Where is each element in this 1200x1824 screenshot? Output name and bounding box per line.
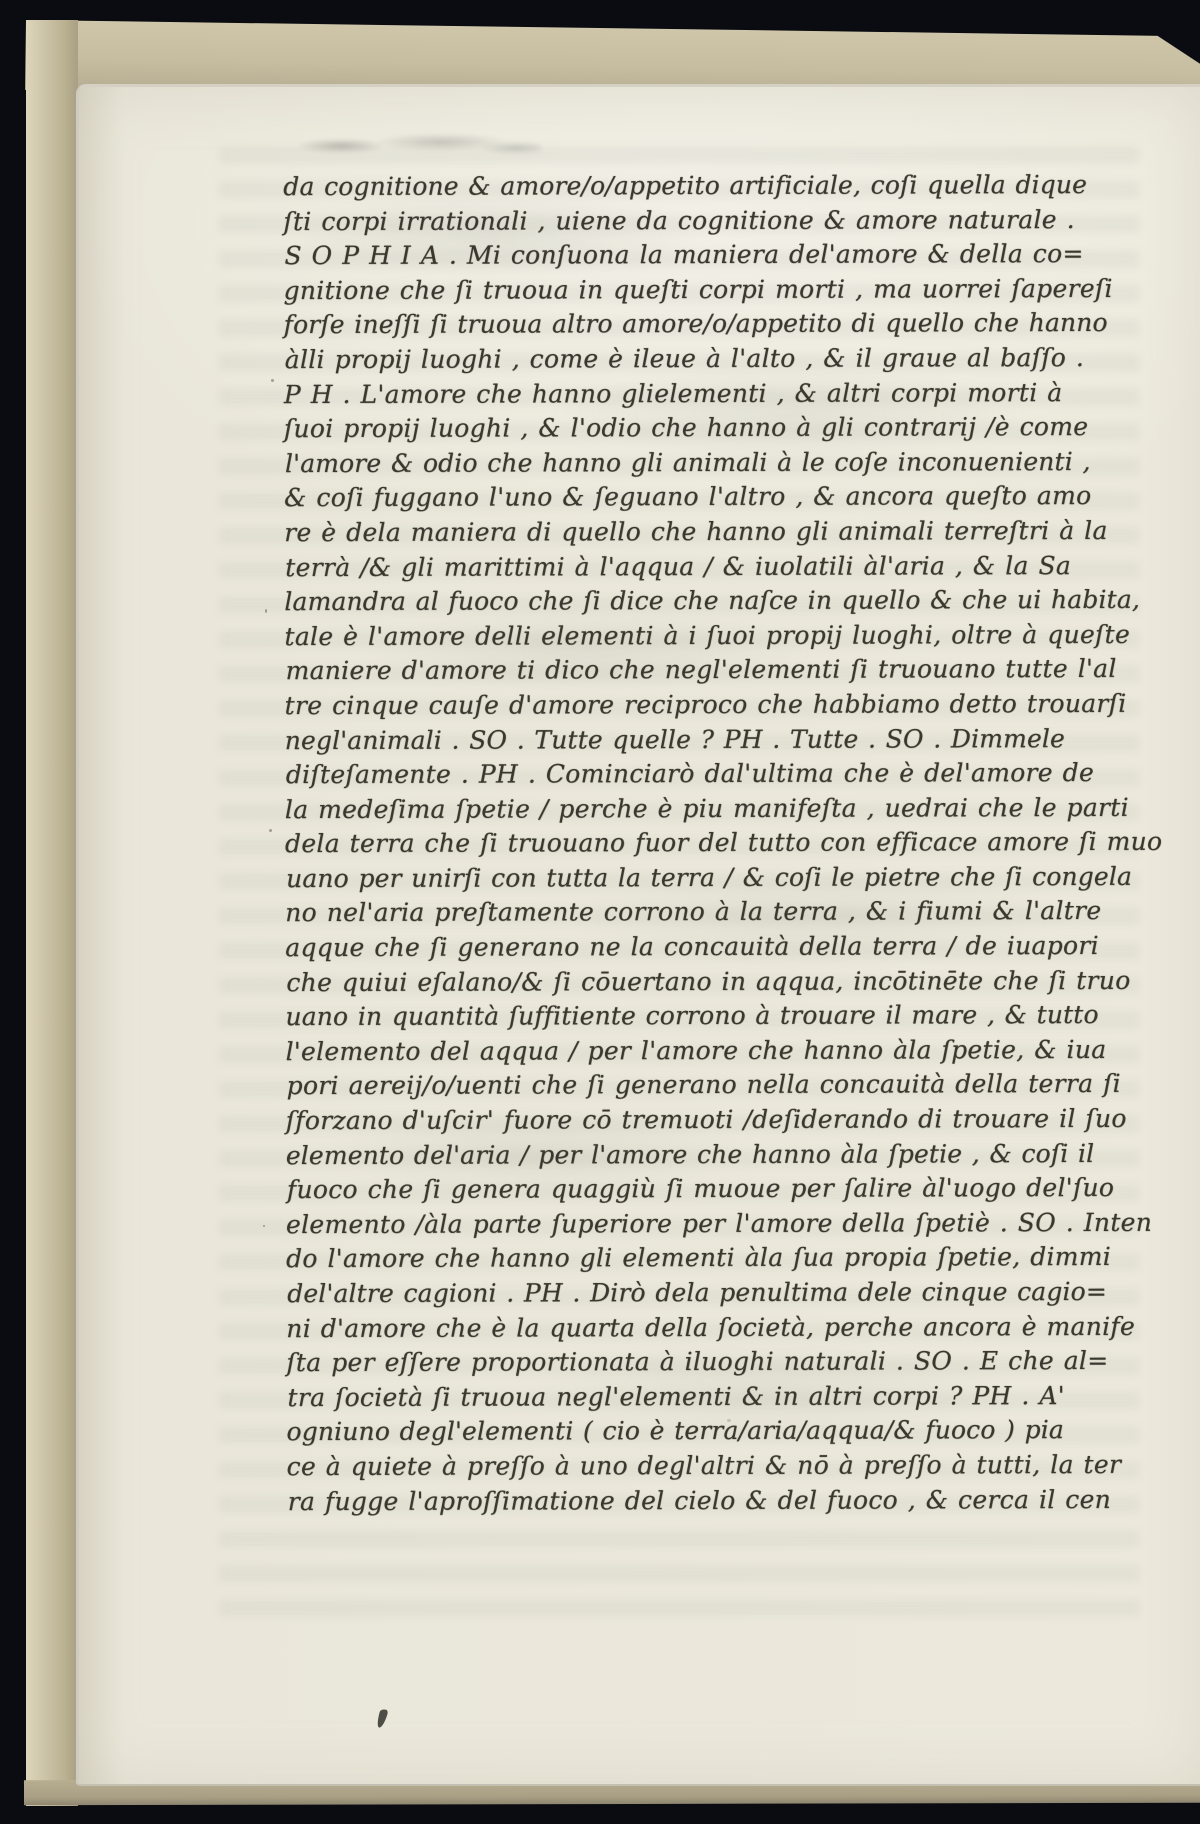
- text-line: re è dela maniera di quello che hanno gl…: [284, 514, 1114, 551]
- ink-blot: [376, 1708, 389, 1728]
- text-line: ſuoi propij luoghi , & l'odio che hanno …: [284, 410, 1114, 447]
- text-line: l'elemento del aqqua / per l'amore che h…: [285, 1033, 1115, 1070]
- text-line: negl'animali . SO . Tutte quelle ? PH . …: [285, 721, 1115, 758]
- text-line: elemento del'aria / per l'amore che hann…: [286, 1137, 1116, 1174]
- ink-speck: [265, 609, 267, 613]
- text-line: tra ſocietà ſi truoua negl'elementi & in…: [287, 1379, 1117, 1416]
- text-line: no nel'aria preſtamente corrono à la ter…: [285, 894, 1115, 931]
- text-line: tre cinque cauſe d'amore reciproco che h…: [285, 687, 1115, 724]
- text-line: elemento /àla parte ſuperiore per l'amor…: [286, 1206, 1116, 1243]
- text-line: uano per unirſi con tutta la terra / & c…: [286, 860, 1116, 897]
- text-line: ſti corpi irrationali , uiene da cogniti…: [283, 203, 1113, 240]
- text-line: gnitione che ſi truoua in queſti corpi m…: [284, 272, 1114, 309]
- text-line: ce à quiete à preſſo à uno degl'altri & …: [287, 1448, 1117, 1485]
- text-line: fuoco che ſi genera quaggiù ſi muoue per…: [287, 1171, 1117, 1208]
- ink-speck: [271, 379, 274, 382]
- text-line: che quiui eſalano/& ſi cōuertano in aqqu…: [286, 964, 1116, 1001]
- text-line: dela terra che ſi truouano fuor del tutt…: [285, 825, 1115, 862]
- text-line: lamandra al fuoco che ſi dice che naſce …: [284, 583, 1114, 620]
- text-line: del'altre cagioni . PH . Dirò dela penul…: [287, 1275, 1117, 1312]
- text-line: la medeſima ſpetie / perche è piu manife…: [285, 791, 1115, 828]
- photo-background: da cognitione & amore/o/appetito artific…: [0, 0, 1200, 1824]
- book-page: da cognitione & amore/o/appetito artific…: [76, 84, 1200, 1786]
- text-line: àlli propij luoghi , come è ileue à l'al…: [285, 341, 1115, 378]
- bleedthrough-smudge: [291, 125, 541, 163]
- text-line: tale è l'amore delli elementi à i ſuoi p…: [284, 618, 1114, 655]
- page-text-block: da cognitione & amore/o/appetito artific…: [283, 168, 1117, 1519]
- ink-speck: [727, 1419, 731, 1422]
- text-line: da cognitione & amore/o/appetito artific…: [283, 168, 1113, 205]
- text-line: aqque che ſi generano ne la concauità de…: [285, 929, 1115, 966]
- text-line: ra fugge l'aproſſimatione del cielo & de…: [288, 1482, 1118, 1519]
- text-line: & coſi fuggano l'uno & ſeguano l'altro ,…: [284, 479, 1114, 516]
- text-line: S O P H I A . Mi conſuona la maniera del…: [284, 237, 1114, 274]
- text-line: pori aereij/o/uenti che ſi generano nell…: [287, 1067, 1117, 1104]
- text-line: uano in quantità ſuffitiente corrono à t…: [285, 998, 1115, 1035]
- text-line: terrà /& gli marittimi à l'aqqua / & iuo…: [285, 548, 1115, 585]
- text-line: ſforzano d'uſcir' fuore cō tremuoti /deſ…: [286, 1102, 1116, 1139]
- text-line: ni d'amore che è la quarta della ſocietà…: [286, 1310, 1116, 1347]
- text-line: do l'amore che hanno gli elementi àla ſu…: [286, 1240, 1116, 1277]
- text-line: ogniuno degl'elementi ( cio è terra/aria…: [286, 1413, 1116, 1450]
- ink-speck: [269, 829, 272, 832]
- text-line: P H . L'amore che hanno glielementi , & …: [284, 375, 1114, 412]
- text-line: ſta per eſſere proportionata à iluoghi n…: [286, 1344, 1116, 1381]
- ink-speck: [263, 1225, 265, 1227]
- text-line: forſe ineſſi ſi truoua altro amore/o/app…: [284, 306, 1114, 343]
- text-line: diſteſamente . PH . Cominciarò dal'ultim…: [286, 756, 1116, 793]
- text-line: l'amore & odio che hanno gli animali à l…: [285, 445, 1115, 482]
- book-cover-edge-left: [26, 20, 78, 1806]
- text-line: maniere d'amore ti dico che negl'element…: [286, 652, 1116, 689]
